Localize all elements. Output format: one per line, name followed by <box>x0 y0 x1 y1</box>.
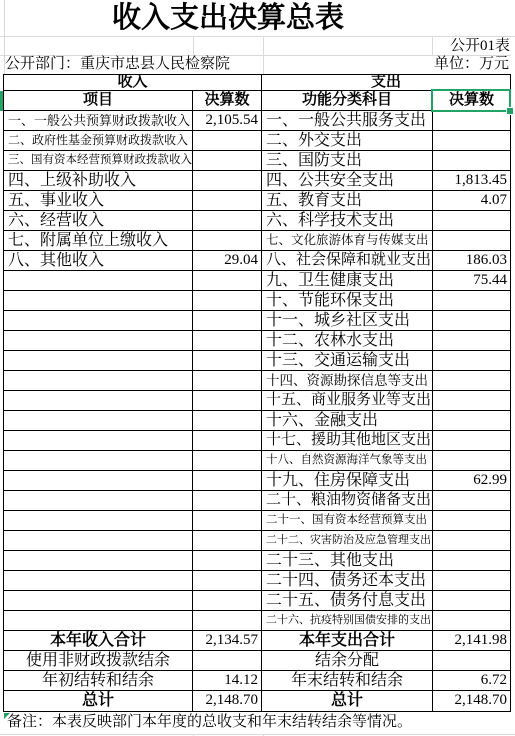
summary-expense-label-cell[interactable]: 年末结转和结余 <box>262 671 433 691</box>
income-value-cell[interactable] <box>193 611 262 631</box>
summary-expense-value-cell[interactable]: 2,148.70 <box>433 691 510 711</box>
expense-label-cell[interactable]: 十三、交通运输支出 <box>262 351 433 371</box>
expense-value-cell[interactable]: 75.44 <box>433 271 510 291</box>
gridline <box>263 36 264 74</box>
expense-value-cell[interactable]: 186.03 <box>433 251 510 271</box>
expense-value-cell[interactable] <box>433 371 510 391</box>
income-value-cell[interactable] <box>193 471 262 491</box>
expense-value-cell[interactable]: 62.99 <box>433 471 510 491</box>
income-label-cell[interactable] <box>4 331 193 351</box>
income-label-cell[interactable]: 六、经营收入 <box>4 211 193 231</box>
expense-value-cell[interactable] <box>433 151 510 171</box>
income-label-cell[interactable] <box>4 571 193 591</box>
income-label-cell[interactable]: 一、一般公共预算财政拨款收入 <box>4 111 193 131</box>
col-header-item[interactable]: 项目 <box>4 91 193 111</box>
col-header-subject[interactable]: 功能分类科目 <box>262 91 433 111</box>
expense-label-cell[interactable]: 五、教育支出 <box>262 191 433 211</box>
income-value-cell[interactable] <box>193 231 262 251</box>
expense-label-cell[interactable]: 四、公共安全支出 <box>262 171 433 191</box>
row-selection-indicator <box>0 91 3 111</box>
income-label-cell[interactable] <box>4 591 193 611</box>
expense-value-cell[interactable] <box>433 451 510 471</box>
expense-value-cell[interactable] <box>433 491 510 511</box>
summary-expense-label-cell[interactable]: 结余分配 <box>262 651 433 671</box>
expense-value-cell[interactable] <box>433 591 510 611</box>
expense-value-cell[interactable] <box>433 531 510 551</box>
income-label-cell[interactable] <box>4 491 193 511</box>
expense-value-cell[interactable] <box>433 611 510 631</box>
expense-label-cell[interactable]: 二十六、抗疫特别国债安排的支出 <box>262 611 433 631</box>
income-value-cell[interactable] <box>193 531 262 551</box>
table-grid: 收入 支出 项目 决算数 功能分类科目 决算数 一、一般公共预算财政拨款收入2,… <box>3 74 511 712</box>
expense-value-cell[interactable] <box>433 131 510 151</box>
expense-label-cell[interactable]: 十二、农林水支出 <box>262 331 433 351</box>
income-value-cell[interactable] <box>193 511 262 531</box>
income-value-cell[interactable] <box>193 331 262 351</box>
expense-value-cell[interactable] <box>433 111 510 131</box>
note-cell[interactable]: 备注：本表反映部门本年度的总收支和年末结转结余等情况。 <box>3 712 513 734</box>
col-header-expense-amount-selected[interactable]: 决算数 <box>433 91 510 111</box>
income-label-cell[interactable]: 二、政府性基金预算财政拨款收入 <box>4 131 193 151</box>
income-section-header[interactable]: 收入 <box>4 75 262 91</box>
income-value-cell[interactable] <box>193 211 262 231</box>
income-label-cell[interactable] <box>4 611 193 631</box>
expense-label-cell[interactable]: 三、国防支出 <box>262 151 433 171</box>
expense-value-cell[interactable]: 1,813.45 <box>433 171 510 191</box>
expense-label-cell[interactable]: 十九、住房保障支出 <box>262 471 433 491</box>
income-value-cell[interactable] <box>193 491 262 511</box>
summary-income-label-cell[interactable]: 总计 <box>4 691 193 711</box>
expense-value-cell[interactable] <box>433 211 510 231</box>
income-label-cell[interactable] <box>4 351 193 371</box>
income-label-cell[interactable] <box>4 511 193 531</box>
unit-label: 单位：万元 <box>434 56 509 73</box>
expense-value-cell[interactable] <box>433 231 510 251</box>
income-value-cell[interactable] <box>193 451 262 471</box>
expense-value-cell[interactable] <box>433 291 510 311</box>
summary-expense-value-cell[interactable] <box>433 651 510 671</box>
income-label-cell[interactable]: 三、国有资本经营预算财政拨款收入 <box>4 151 193 171</box>
expense-label-cell[interactable]: 十八、自然资源海洋气象等支出 <box>262 451 433 471</box>
gridline <box>432 36 433 56</box>
expense-section-header[interactable]: 支出 <box>262 75 510 91</box>
expense-label-cell[interactable]: 九、卫生健康支出 <box>262 271 433 291</box>
income-value-cell[interactable] <box>193 291 262 311</box>
income-label-cell[interactable] <box>4 271 193 291</box>
income-value-cell[interactable] <box>193 591 262 611</box>
income-label-cell[interactable] <box>4 431 193 451</box>
expense-label-cell[interactable]: 六、科学技术支出 <box>262 211 433 231</box>
summary-income-value-cell[interactable]: 2,134.57 <box>193 631 262 651</box>
summary-income-label-cell[interactable]: 使用非财政拨款结余 <box>4 651 193 671</box>
expense-label-cell[interactable]: 二十三、其他支出 <box>262 551 433 571</box>
income-label-cell[interactable] <box>4 311 193 331</box>
income-value-cell[interactable] <box>193 351 262 371</box>
summary-income-value-cell[interactable] <box>193 651 262 671</box>
expense-label-cell[interactable]: 十七、援助其他地区支出 <box>262 431 433 451</box>
department-label: 公开部门：重庆市忠县人民检察院 <box>5 56 230 73</box>
expense-label-cell[interactable]: 二十、粮油物资储备支出 <box>262 491 433 511</box>
income-value-cell[interactable] <box>193 191 262 211</box>
table-number: 公开01表 <box>450 37 510 55</box>
expense-label-cell[interactable]: 十四、资源勘探信息等支出 <box>262 371 433 391</box>
income-value-cell[interactable] <box>193 151 262 171</box>
page-title: 收入支出决算总表 <box>0 1 456 35</box>
expense-label-cell[interactable]: 十、节能环保支出 <box>262 291 433 311</box>
expense-label-cell[interactable]: 十六、金融支出 <box>262 411 433 431</box>
expense-value-cell[interactable] <box>433 391 510 411</box>
expense-value-cell[interactable]: 4.07 <box>433 191 510 211</box>
summary-income-label-cell[interactable]: 本年收入合计 <box>4 631 193 651</box>
income-label-cell[interactable] <box>4 291 193 311</box>
income-label-cell[interactable]: 七、附属单位上缴收入 <box>4 231 193 251</box>
expense-value-cell[interactable] <box>433 511 510 531</box>
expense-label-cell[interactable]: 八、社会保障和就业支出 <box>262 251 433 271</box>
income-value-cell[interactable]: 2,105.54 <box>193 111 262 131</box>
income-value-cell[interactable]: 29.04 <box>193 251 262 271</box>
error-flag-icon <box>4 713 10 719</box>
summary-expense-label-cell[interactable]: 总计 <box>262 691 433 711</box>
income-value-cell[interactable] <box>193 551 262 571</box>
income-value-cell[interactable] <box>193 571 262 591</box>
expense-label-cell[interactable]: 七、文化旅游体育与传媒支出 <box>262 231 433 251</box>
income-label-cell[interactable]: 八、其他收入 <box>4 251 193 271</box>
income-value-cell[interactable] <box>193 431 262 451</box>
summary-expense-label-cell[interactable]: 本年支出合计 <box>262 631 433 651</box>
expense-value-cell[interactable] <box>433 551 510 571</box>
expense-value-cell[interactable] <box>433 431 510 451</box>
income-label-cell[interactable] <box>4 411 193 431</box>
summary-income-value-cell[interactable]: 14.12 <box>193 671 262 691</box>
gridline <box>193 36 194 56</box>
expense-value-cell[interactable] <box>433 351 510 371</box>
income-value-cell[interactable] <box>193 131 262 151</box>
expense-value-cell[interactable] <box>433 311 510 331</box>
income-label-cell[interactable] <box>4 471 193 491</box>
expense-label-cell[interactable]: 二十一、国有资本经营预算支出 <box>262 511 433 531</box>
note-text: 备注：本表反映部门本年度的总收支和年末结转结余等情况。 <box>5 714 412 730</box>
income-label-cell[interactable]: 四、上级补助收入 <box>4 171 193 191</box>
income-label-cell[interactable] <box>4 551 193 571</box>
income-value-cell[interactable] <box>193 391 262 411</box>
summary-expense-value-cell[interactable]: 6.72 <box>433 671 510 691</box>
col-header-income-amount[interactable]: 决算数 <box>193 91 262 111</box>
summary-income-label-cell[interactable]: 年初结转和结余 <box>4 671 193 691</box>
summary-income-value-cell[interactable]: 2,148.70 <box>193 691 262 711</box>
expense-label-cell[interactable]: 二十二、灾害防治及应急管理支出 <box>262 531 433 551</box>
summary-expense-value-cell[interactable]: 2,141.98 <box>433 631 510 651</box>
expense-label-cell[interactable]: 一、一般公共服务支出 <box>262 111 433 131</box>
spreadsheet: 收入支出决算总表 公开01表 公开部门：重庆市忠县人民检察院 单位：万元 收入 … <box>0 0 515 736</box>
expense-label-cell[interactable]: 十一、城乡社区支出 <box>262 311 433 331</box>
income-label-cell[interactable] <box>4 531 193 551</box>
income-value-cell[interactable] <box>193 271 262 291</box>
expense-label-cell[interactable]: 十五、商业服务业等支出 <box>262 391 433 411</box>
gridline <box>0 734 515 735</box>
income-label-cell[interactable] <box>4 391 193 411</box>
expense-label-cell[interactable]: 二十五、债务付息支出 <box>262 591 433 611</box>
gridline <box>0 36 515 37</box>
income-value-cell[interactable] <box>193 411 262 431</box>
income-label-cell[interactable] <box>4 371 193 391</box>
income-value-cell[interactable] <box>193 371 262 391</box>
expense-label-cell[interactable]: 二、外交支出 <box>262 131 433 151</box>
income-value-cell[interactable] <box>193 171 262 191</box>
expense-value-cell[interactable] <box>433 411 510 431</box>
fill-handle[interactable] <box>506 107 514 115</box>
income-value-cell[interactable] <box>193 311 262 331</box>
income-label-cell[interactable]: 五、事业收入 <box>4 191 193 211</box>
expense-value-cell[interactable] <box>433 331 510 351</box>
income-label-cell[interactable] <box>4 451 193 471</box>
expense-label-cell[interactable]: 二十四、债务还本支出 <box>262 571 433 591</box>
expense-value-cell[interactable] <box>433 571 510 591</box>
